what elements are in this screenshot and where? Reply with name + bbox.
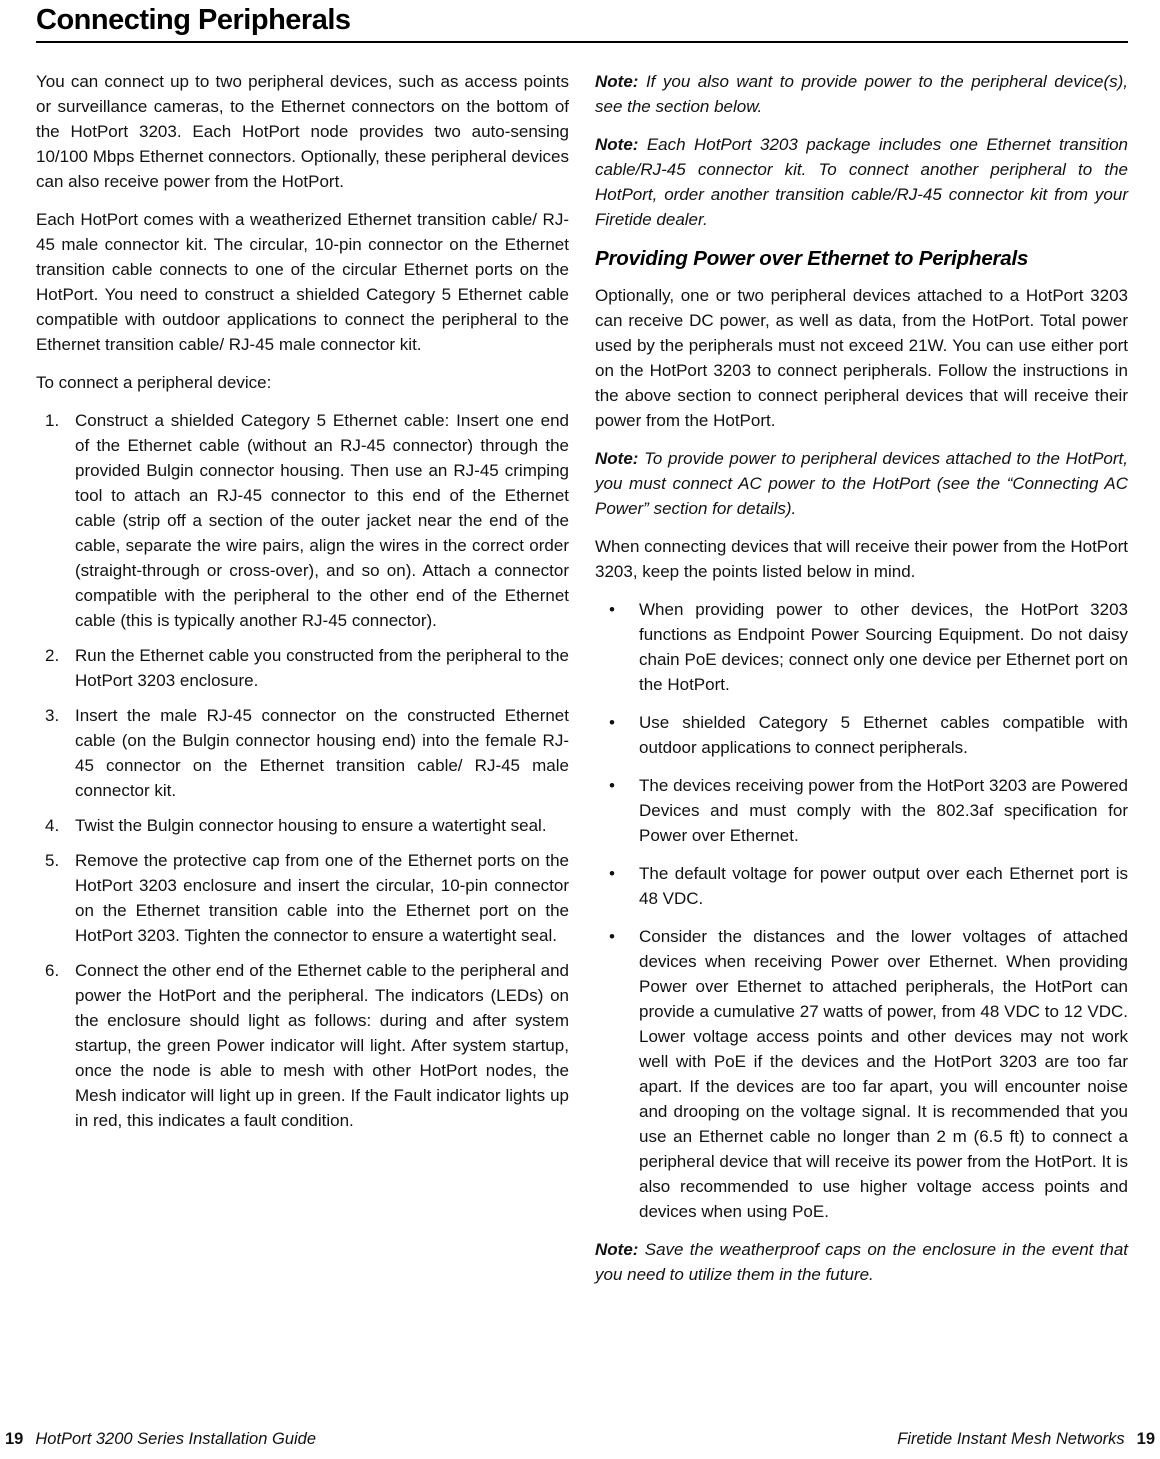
note-weatherproof-caps: Note: Save the weatherproof caps on the …: [595, 1237, 1128, 1287]
footer-company-name: Firetide Instant Mesh Networks: [897, 1430, 1124, 1449]
paragraph-poe-intro: Optionally, one or two peripheral device…: [595, 283, 1128, 433]
step-text: Construct a shielded Category 5 Ethernet…: [75, 408, 569, 633]
paragraph-transition-kit: Each HotPort comes with a weatherized Et…: [36, 207, 569, 357]
step-item-4: 4. Twist the Bulgin connector housing to…: [36, 813, 569, 838]
bullet-text: When providing power to other devices, t…: [639, 597, 1128, 697]
footer-right: Firetide Instant Mesh Networks 19: [897, 1430, 1155, 1449]
bullet-text: Consider the distances and the lower vol…: [639, 924, 1128, 1224]
page-title: Connecting Peripherals: [36, 6, 1128, 35]
step-number: 2.: [45, 643, 75, 693]
note-label: Note:: [595, 135, 638, 154]
two-column-layout: You can connect up to two peripheral dev…: [36, 69, 1128, 1300]
footer-left: 19 HotPort 3200 Series Installation Guid…: [5, 1430, 316, 1449]
paragraph-intro-connect: You can connect up to two peripheral dev…: [36, 69, 569, 194]
footer-guide-title: HotPort 3200 Series Installation Guide: [35, 1430, 316, 1449]
bullet-icon: •: [609, 710, 639, 760]
document-page: Connecting Peripherals You can connect u…: [0, 0, 1160, 1459]
bullet-icon: •: [609, 773, 639, 848]
numbered-steps-list: 1. Construct a shielded Category 5 Ether…: [36, 408, 569, 1133]
right-column: Note: If you also want to provide power …: [595, 69, 1128, 1300]
step-item-3: 3. Insert the male RJ-45 connector on th…: [36, 703, 569, 803]
step-number: 3.: [45, 703, 75, 803]
note-label: Note:: [595, 449, 638, 468]
note-package-kit: Note: Each HotPort 3203 package includes…: [595, 132, 1128, 232]
poe-bullet-list: • When providing power to other devices,…: [595, 597, 1128, 1224]
bullet-item-2: • Use shielded Category 5 Ethernet cable…: [595, 710, 1128, 760]
step-text: Twist the Bulgin connector housing to en…: [75, 813, 569, 838]
bullet-item-4: • The default voltage for power output o…: [595, 861, 1128, 911]
note-text: To provide power to peripheral devices a…: [595, 449, 1128, 518]
bullet-text: The devices receiving power from the Hot…: [639, 773, 1128, 848]
step-item-6: 6. Connect the other end of the Ethernet…: [36, 958, 569, 1133]
step-text: Insert the male RJ-45 connector on the c…: [75, 703, 569, 803]
step-item-1: 1. Construct a shielded Category 5 Ether…: [36, 408, 569, 633]
left-column: You can connect up to two peripheral dev…: [36, 69, 569, 1300]
note-text: Each HotPort 3203 package includes one E…: [595, 135, 1128, 229]
page-footer: 19 HotPort 3200 Series Installation Guid…: [0, 1430, 1160, 1449]
bullet-text: Use shielded Category 5 Ethernet cables …: [639, 710, 1128, 760]
bullet-item-1: • When providing power to other devices,…: [595, 597, 1128, 697]
note-label: Note:: [595, 1240, 638, 1259]
step-number: 4.: [45, 813, 75, 838]
step-text: Run the Ethernet cable you constructed f…: [75, 643, 569, 693]
bullet-text: The default voltage for power output ove…: [639, 861, 1128, 911]
step-text: Connect the other end of the Ethernet ca…: [75, 958, 569, 1133]
step-item-5: 5. Remove the protective cap from one of…: [36, 848, 569, 948]
bullet-icon: •: [609, 924, 639, 1224]
section-heading-poe: Providing Power over Ethernet to Periphe…: [595, 246, 1128, 271]
bullet-item-3: • The devices receiving power from the H…: [595, 773, 1128, 848]
bullet-item-5: • Consider the distances and the lower v…: [595, 924, 1128, 1224]
step-item-2: 2. Run the Ethernet cable you constructe…: [36, 643, 569, 693]
note-text: If you also want to provide power to the…: [595, 72, 1128, 116]
title-rule: [36, 41, 1128, 43]
note-power-peripherals: Note: If you also want to provide power …: [595, 69, 1128, 119]
footer-page-number-right: 19: [1137, 1430, 1155, 1449]
step-number: 6.: [45, 958, 75, 1133]
note-ac-power: Note: To provide power to peripheral dev…: [595, 446, 1128, 521]
step-text: Remove the protective cap from one of th…: [75, 848, 569, 948]
bullet-icon: •: [609, 861, 639, 911]
list-intro: To connect a peripheral device:: [36, 370, 569, 395]
bullet-icon: •: [609, 597, 639, 697]
step-number: 1.: [45, 408, 75, 633]
footer-page-number-left: 19: [5, 1430, 23, 1449]
note-text: Save the weatherproof caps on the enclos…: [595, 1240, 1128, 1284]
paragraph-keep-in-mind: When connecting devices that will receiv…: [595, 534, 1128, 584]
note-label: Note:: [595, 72, 638, 91]
step-number: 5.: [45, 848, 75, 948]
